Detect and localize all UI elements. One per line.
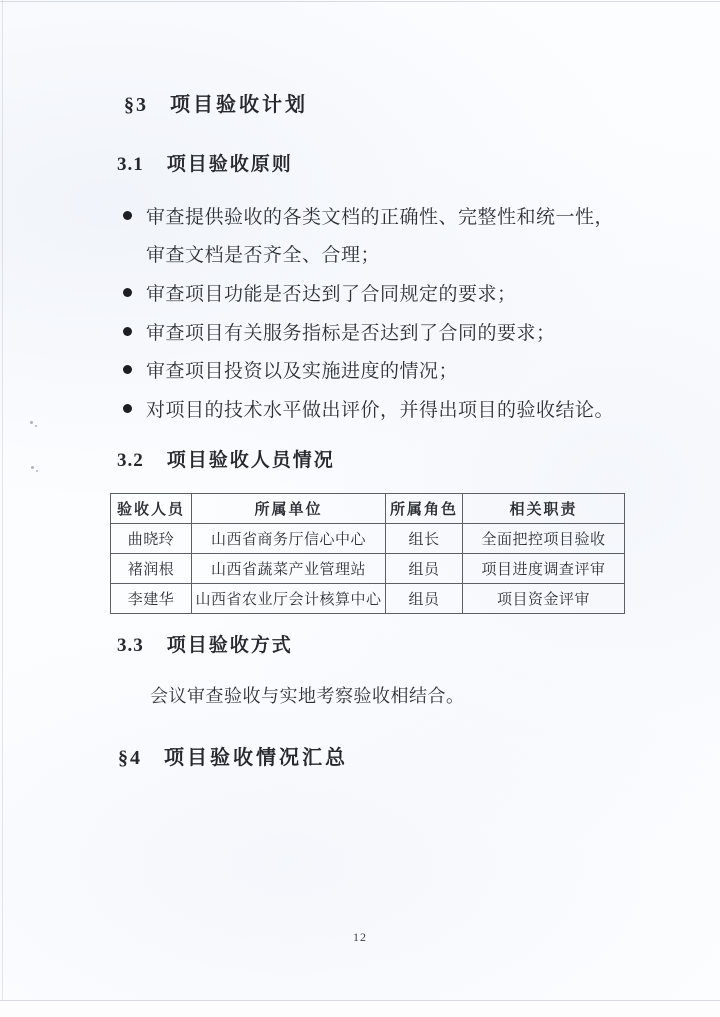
acceptance-principles-list: 审查提供验收的各类文档的正确性、完整性和统一性， 审查文档是否齐全、合理； 审查… bbox=[123, 196, 643, 428]
subsection-3-3-heading: 3.3 项目验收方式 bbox=[117, 630, 293, 657]
table-row: 曲晓玲 山西省商务厅信心中心 组长 全面把控项目验收 bbox=[111, 524, 625, 554]
scan-speck bbox=[35, 425, 37, 427]
scanned-document-page: §3 项目验收计划 3.1 项目验收原则 审查提供验收的各类文档的正确性、完整性… bbox=[0, 0, 720, 1017]
table-cell-role: 组长 bbox=[386, 524, 463, 554]
table-cell-unit: 山西省商务厅信心中心 bbox=[192, 524, 386, 554]
table-cell-unit: 山西省蔬菜产业管理站 bbox=[192, 554, 386, 584]
bullet-dot-icon bbox=[123, 211, 132, 220]
subsection-3-1-heading: 3.1 项目验收原则 bbox=[117, 149, 293, 176]
list-item-line: 审查项目有关服务指标是否达到了合同的要求； bbox=[146, 312, 643, 351]
table-cell-duty: 项目进度调查评审 bbox=[463, 554, 625, 584]
section-4-title: 项目验收情况汇总 bbox=[164, 741, 348, 770]
list-item-text: 审查项目投资以及实施进度的情况； bbox=[146, 350, 643, 389]
section-3-title: 项目验收计划 bbox=[170, 88, 308, 117]
table-header-cell: 所属单位 bbox=[192, 494, 386, 524]
bullet-dot-icon bbox=[123, 327, 132, 336]
list-item: 对项目的技术水平做出评价，并得出项目的验收结论。 bbox=[123, 389, 643, 428]
list-item-line: 审查文档是否齐全、合理； bbox=[146, 235, 643, 274]
bullet-dot-icon bbox=[123, 288, 132, 297]
subsection-3-2-title: 项目验收人员情况 bbox=[167, 445, 335, 472]
list-item: 审查项目投资以及实施进度的情况； bbox=[123, 350, 643, 389]
list-item-text: 审查提供验收的各类文档的正确性、完整性和统一性， 审查文档是否齐全、合理； bbox=[146, 196, 643, 273]
list-item-line: 审查项目功能是否达到了合同规定的要求； bbox=[146, 273, 643, 312]
list-item: 审查项目功能是否达到了合同规定的要求； bbox=[123, 273, 643, 312]
table-cell-duty: 项目资金评审 bbox=[463, 584, 625, 614]
section-3-marker: §3 bbox=[124, 94, 148, 117]
acceptance-personnel-table: 验收人员 所属单位 所属角色 相关职责 曲晓玲 山西省商务厅信心中心 组长 全面… bbox=[110, 493, 625, 614]
page-number: 12 bbox=[0, 930, 720, 945]
table-cell-person: 李建华 bbox=[111, 584, 192, 614]
table-header-cell: 验收人员 bbox=[111, 494, 192, 524]
section-4-marker: §4 bbox=[118, 747, 142, 770]
acceptance-method-paragraph: 会议审查验收与实地考察验收相结合。 bbox=[150, 682, 465, 708]
subsection-3-3-number: 3.3 bbox=[117, 635, 144, 657]
bullet-dot-icon bbox=[123, 404, 132, 413]
subsection-3-1-title: 项目验收原则 bbox=[167, 149, 293, 176]
scan-edge-top bbox=[0, 1, 720, 2]
table-cell-person: 曲晓玲 bbox=[111, 524, 192, 554]
list-item-text: 对项目的技术水平做出评价，并得出项目的验收结论。 bbox=[146, 389, 643, 428]
subsection-3-2-number: 3.2 bbox=[117, 450, 144, 472]
scan-edge-bottom bbox=[0, 1000, 720, 1017]
table-cell-duty: 全面把控项目验收 bbox=[463, 524, 625, 554]
scan-edge-left bbox=[2, 0, 3, 1017]
list-item: 审查提供验收的各类文档的正确性、完整性和统一性， 审查文档是否齐全、合理； bbox=[123, 196, 643, 273]
table-cell-role: 组员 bbox=[386, 584, 463, 614]
table-cell-unit: 山西省农业厅会计核算中心 bbox=[192, 584, 386, 614]
list-item-text: 审查项目功能是否达到了合同规定的要求； bbox=[146, 273, 643, 312]
subsection-3-1-number: 3.1 bbox=[117, 154, 144, 176]
list-item-line: 审查项目投资以及实施进度的情况； bbox=[146, 350, 643, 389]
subsection-3-3-title: 项目验收方式 bbox=[167, 630, 293, 657]
table-header-row: 验收人员 所属单位 所属角色 相关职责 bbox=[111, 494, 625, 524]
section-4-heading: §4 项目验收情况汇总 bbox=[118, 741, 348, 770]
list-item-line: 对项目的技术水平做出评价，并得出项目的验收结论。 bbox=[146, 389, 643, 428]
list-item-text: 审查项目有关服务指标是否达到了合同的要求； bbox=[146, 312, 643, 351]
table-row: 褚润根 山西省蔬菜产业管理站 组员 项目进度调查评审 bbox=[111, 554, 625, 584]
list-item: 审查项目有关服务指标是否达到了合同的要求； bbox=[123, 312, 643, 351]
table-cell-role: 组员 bbox=[386, 554, 463, 584]
subsection-3-2-heading: 3.2 项目验收人员情况 bbox=[117, 445, 335, 472]
table-cell-person: 褚润根 bbox=[111, 554, 192, 584]
scan-speck bbox=[31, 466, 34, 469]
table-header-cell: 所属角色 bbox=[386, 494, 463, 524]
list-item-line: 审查提供验收的各类文档的正确性、完整性和统一性， bbox=[146, 196, 643, 235]
section-3-heading: §3 项目验收计划 bbox=[124, 88, 308, 117]
table-header-cell: 相关职责 bbox=[463, 494, 625, 524]
bullet-dot-icon bbox=[123, 365, 132, 374]
table-row: 李建华 山西省农业厅会计核算中心 组员 项目资金评审 bbox=[111, 584, 625, 614]
scan-speck bbox=[30, 421, 33, 424]
scan-speck bbox=[36, 470, 38, 472]
